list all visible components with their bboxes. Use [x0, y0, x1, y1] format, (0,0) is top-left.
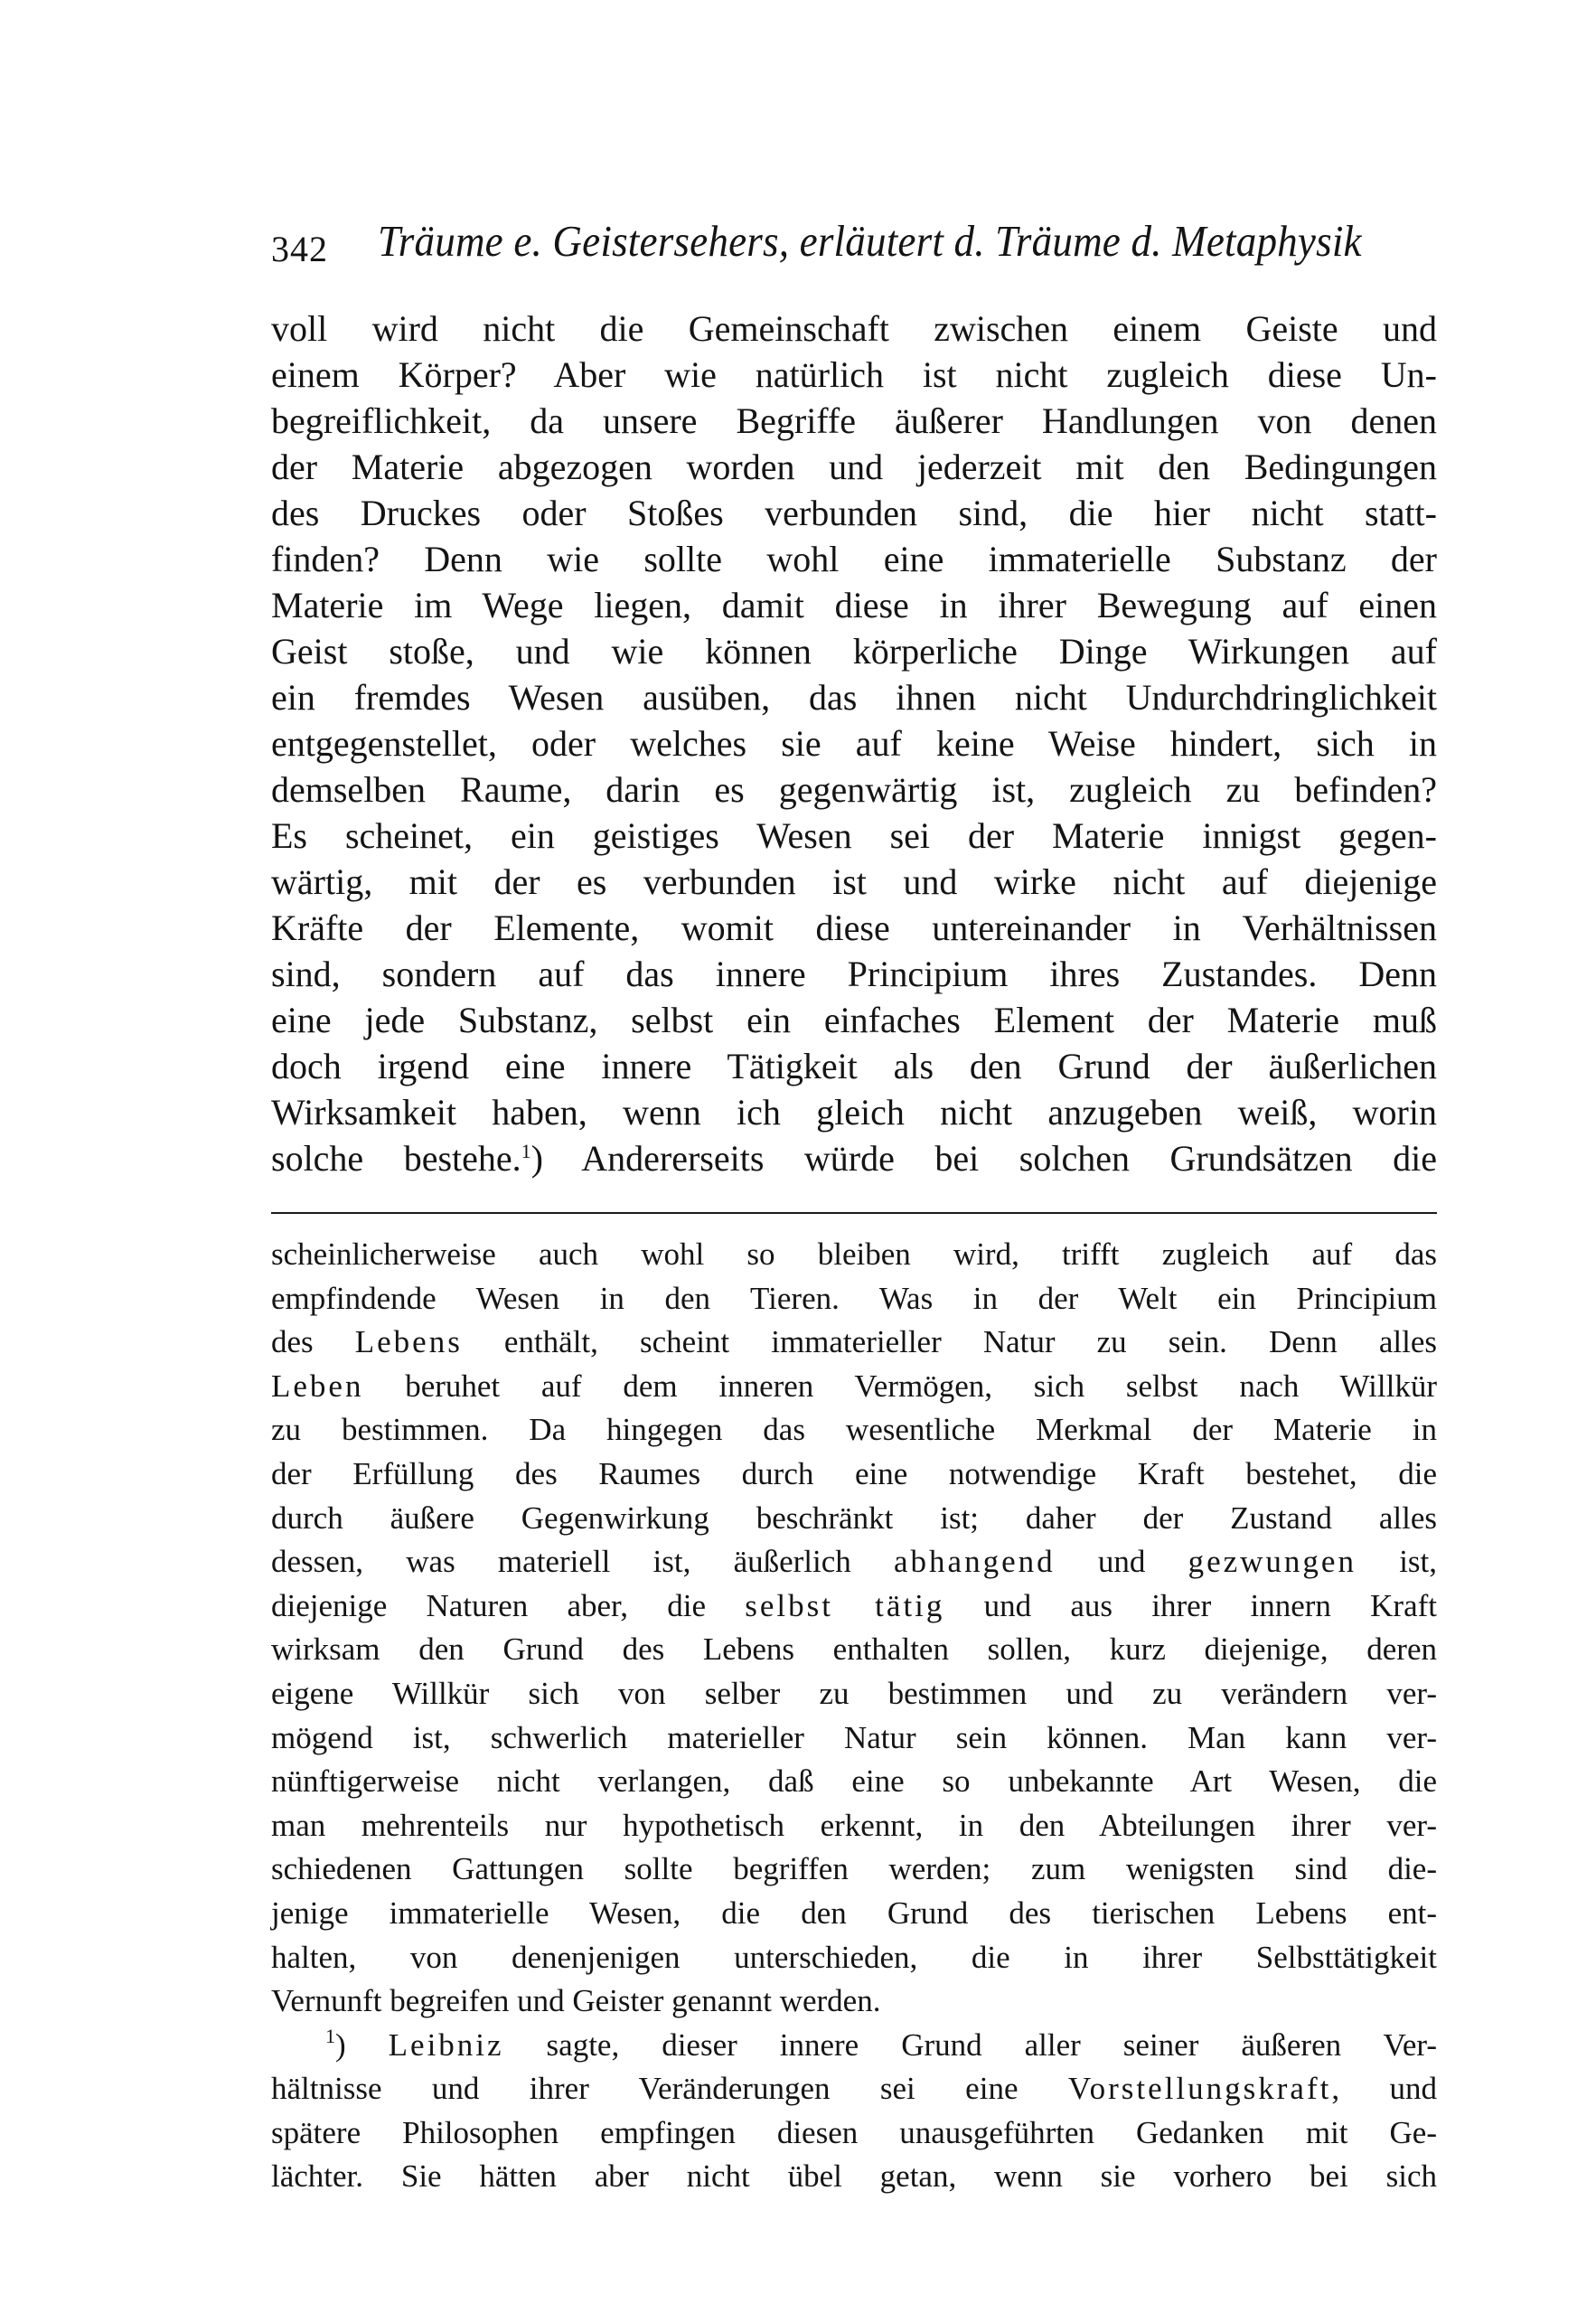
footnote-line: hältnisse und ihrer Veränderungen sei ei…	[271, 2067, 1437, 2111]
footnote-line: wirksam den Grund des Lebens enthalten s…	[271, 1628, 1437, 1672]
text-segment: enthält, scheint immaterieller Natur zu …	[463, 1324, 1437, 1359]
text-line: Kräfte der Elemente, womit diese unterei…	[271, 905, 1437, 951]
text-line: Es scheinet, ein geistiges Wesen sei der…	[271, 813, 1437, 859]
text-line: demselben Raume, darin es gegenwärtig is…	[271, 766, 1437, 813]
text-line: wärtig, mit der es verbunden ist und wir…	[271, 859, 1437, 905]
text-line: voll wird nicht die Gemeinschaft zwische…	[271, 306, 1437, 352]
footnote-line: mögend ist, schwerlich materieller Natur…	[271, 1716, 1437, 1761]
footnote-line: Leben beruhet auf dem inneren Vermögen, …	[271, 1365, 1437, 1409]
footnote-line: schiedenen Gattungen sollte begriffen we…	[271, 1848, 1437, 1892]
text-line: begreiflichkeit, da unsere Begriffe äuße…	[271, 398, 1437, 444]
footnote-line: eigene Willkür sich von selber zu bestim…	[271, 1672, 1437, 1716]
text-line: einem Körper? Aber wie natürlich ist nic…	[271, 352, 1437, 398]
text-segment: dessen, was materiell ist, äußerlich	[271, 1544, 894, 1579]
footnote-line: dessen, was materiell ist, äußerlich abh…	[271, 1540, 1437, 1584]
text-segment: und	[1056, 1544, 1188, 1579]
footnote-area: scheinlicherweise auch wohl so bleiben w…	[271, 1233, 1437, 2199]
emphasized-name: Leibniz	[389, 2027, 504, 2063]
footnote-marker-paren: )	[335, 2027, 346, 2063]
emphasized-word: selbst tätig	[745, 1588, 944, 1623]
footnote-line: nünftigerweise nicht verlangen, daß eine…	[271, 1760, 1437, 1804]
text-line: finden? Denn wie sollte wohl eine immate…	[271, 536, 1437, 582]
main-text: voll wird nicht die Gemeinschaft zwische…	[271, 306, 1437, 1181]
emphasized-word: gezwungen	[1188, 1544, 1357, 1579]
footnote-line: Vernunft begreifen und Geister genannt w…	[271, 1979, 1437, 2024]
text-line: doch irgend eine innere Tätigkeit als de…	[271, 1043, 1437, 1089]
text-line: entgegenstellet, oder welches sie auf ke…	[271, 720, 1437, 766]
emphasized-word: Lebens	[355, 1324, 463, 1359]
footnote-line: durch äußere Gegenwirkung beschränkt ist…	[271, 1497, 1437, 1541]
text-line-with-footnote-ref: solche bestehe.1) Andererseits würde bei…	[271, 1135, 1437, 1181]
page-number: 342	[271, 228, 328, 270]
footnote-line: lächter. Sie hätten aber nicht übel geta…	[271, 2155, 1437, 2199]
footnote-marker: 1	[325, 2025, 335, 2047]
footnote-line: man mehrenteils nur hypothetisch erkennt…	[271, 1804, 1437, 1848]
running-title: Träume e. Geistersehers, erläutert d. Tr…	[378, 215, 1362, 267]
text-line: sind, sondern auf das innere Principium …	[271, 951, 1437, 997]
footnote-separator-rule	[271, 1212, 1437, 1214]
text-segment: ist,	[1357, 1544, 1437, 1579]
text-segment: und aus ihrer innern Kraft	[944, 1588, 1437, 1623]
text-line: des Druckes oder Stoßes verbunden sind, …	[271, 490, 1437, 536]
footnote-line: scheinlicherweise auch wohl so bleiben w…	[271, 1233, 1437, 1277]
text-segment: , und	[1331, 2071, 1437, 2106]
text-line: Geist stoße, und wie können körperliche …	[271, 628, 1437, 674]
text-segment: beruhet auf dem inneren Vermögen, sich s…	[363, 1368, 1437, 1404]
running-header: 342 Träume e. Geistersehers, erläutert d…	[271, 215, 1437, 271]
footnote-reference-marker[interactable]: 1	[521, 1140, 531, 1162]
text-segment: hältnisse und ihrer Veränderungen sei ei…	[271, 2071, 1068, 2106]
book-page: 342 Träume e. Geistersehers, erläutert d…	[0, 0, 1596, 2313]
footnote-line: empfindende Wesen in den Tieren. Was in …	[271, 1277, 1437, 1321]
emphasized-word: abhangend	[894, 1544, 1056, 1579]
emphasized-word: Leben	[271, 1368, 363, 1404]
text-line: Wirksamkeit haben, wenn ich gleich nicht…	[271, 1089, 1437, 1135]
footnote-line: jenige immaterielle Wesen, die den Grund…	[271, 1892, 1437, 1936]
text-segment: des	[271, 1324, 355, 1359]
text-line: der Materie abgezogen worden und jederze…	[271, 444, 1437, 490]
text-segment: diejenige Naturen aber, die	[271, 1588, 745, 1623]
text-segment: sagte, dieser innere Grund aller seiner …	[504, 2027, 1437, 2063]
footnote-line: des Lebens enthält, scheint immaterielle…	[271, 1321, 1437, 1365]
text-line: Materie im Wege liegen, damit diese in i…	[271, 582, 1437, 628]
emphasized-word: Vorstellungskraft	[1068, 2071, 1331, 2106]
text-line: ein fremdes Wesen ausüben, das ihnen nic…	[271, 674, 1437, 720]
footnote-line: spätere Philosophen empfingen diesen una…	[271, 2111, 1437, 2156]
text-line: eine jede Substanz, selbst ein einfaches…	[271, 997, 1437, 1043]
footnote-1-first-line: 1) Leibniz sagte, dieser innere Grund al…	[271, 2024, 1437, 2068]
footnote-line: zu bestimmen. Da hingegen das wesentlich…	[271, 1408, 1437, 1453]
footnote-line: der Erfüllung des Raumes durch eine notw…	[271, 1453, 1437, 1497]
footnote-line: diejenige Naturen aber, die selbst tätig…	[271, 1584, 1437, 1629]
text-segment: ) Andererseits würde bei solchen Grundsä…	[531, 1138, 1437, 1179]
footnote-line: halten, von denenjenigen unterschieden, …	[271, 1936, 1437, 1980]
text-segment: solche bestehe.	[271, 1138, 521, 1179]
